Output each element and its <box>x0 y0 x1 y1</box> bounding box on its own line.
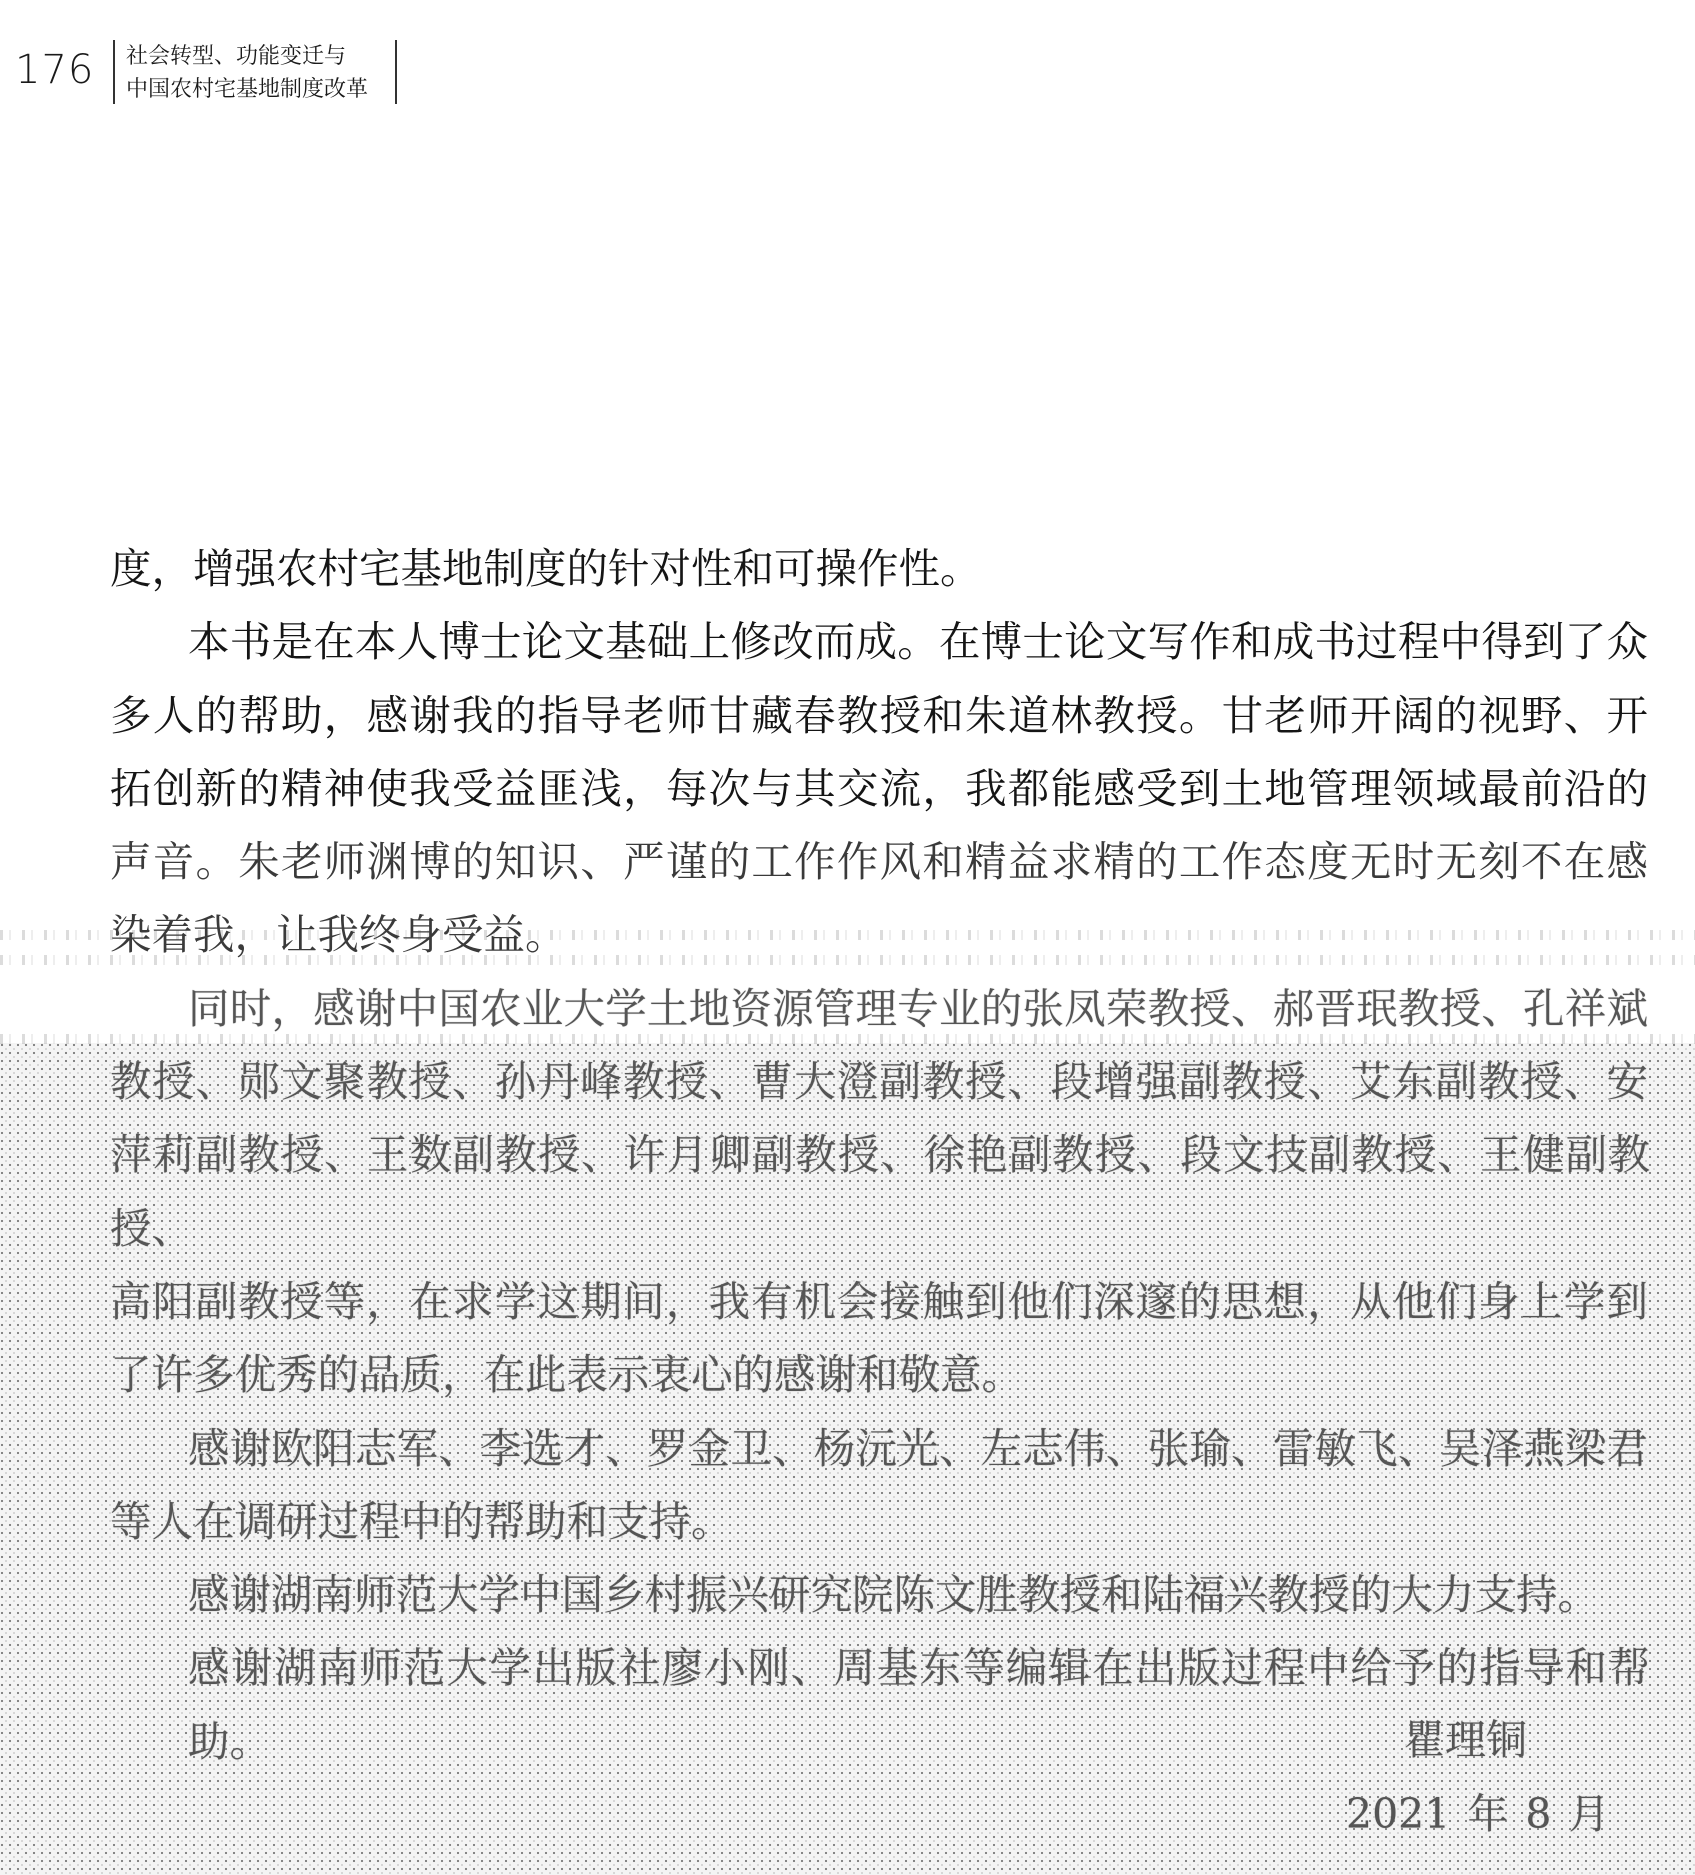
text-line: 感谢湖南师范大学中国乡村振兴研究院陈文胜教授和陆福兴教授的大力支持。 <box>110 1558 1650 1631</box>
paragraph: 同时，感谢中国农业大学土地资源管理专业的张凤荣教授、郝晋珉教授、孔祥斌 教授、郧… <box>110 972 1650 1412</box>
text-line: 染着我，让我终身受益。 <box>110 898 1650 971</box>
paragraph: 感谢欧阳志军、李选才、罗金卫、杨沅光、左志伟、张瑜、雷敏飞、吴泽燕梁君 等人在调… <box>110 1412 1650 1559</box>
page-body: 度，增强农村宅基地制度的针对性和可操作性。 本书是在本人博士论文基础上修改而成。… <box>110 532 1650 1778</box>
signature-date: 2021 年 8 月 <box>1346 1790 1610 1838</box>
text-line: 同时，感谢中国农业大学土地资源管理专业的张凤荣教授、郝晋珉教授、孔祥斌 <box>110 972 1650 1045</box>
book-title: 社会转型、功能变迁与 中国农村宅基地制度改革 <box>126 40 390 106</box>
text-line: 度，增强农村宅基地制度的针对性和可操作性。 <box>110 532 1650 605</box>
text-line: 感谢欧阳志军、李选才、罗金卫、杨沅光、左志伟、张瑜、雷敏飞、吴泽燕梁君 <box>110 1412 1650 1485</box>
text-line: 拓创新的精神使我受益匪浅，每次与其交流，我都能感受到土地管理领域最前沿的 <box>110 752 1650 825</box>
text-line: 多人的帮助，感谢我的指导老师甘藏春教授和朱道林教授。甘老师开阔的视野、开 <box>110 679 1650 752</box>
book-title-line: 中国农村宅基地制度改革 <box>126 73 390 106</box>
text-line: 声音。朱老师渊博的知识、严谨的工作作风和精益求精的工作态度无时无刻不在感 <box>110 825 1650 898</box>
page-number: 176 <box>15 48 94 92</box>
text-line: 了许多优秀的品质，在此表示衷心的感谢和敬意。 <box>110 1338 1650 1411</box>
header-divider <box>113 40 115 104</box>
text-line: 教授、郧文聚教授、孙丹峰教授、曹大澄副教授、段增强副教授、艾东副教授、安 <box>110 1045 1650 1118</box>
running-header: 176 社会转型、功能变迁与 中国农村宅基地制度改革 <box>0 0 1695 120</box>
paragraph: 度，增强农村宅基地制度的针对性和可操作性。 <box>110 532 1650 605</box>
text-line: 本书是在本人博士论文基础上修改而成。在博士论文写作和成书过程中得到了众 <box>110 605 1650 678</box>
paragraph: 感谢湖南师范大学中国乡村振兴研究院陈文胜教授和陆福兴教授的大力支持。 <box>110 1558 1650 1631</box>
text-line: 高阳副教授等，在求学这期间，我有机会接触到他们深邃的思想，从他们身上学到 <box>110 1265 1650 1338</box>
text-line: 萍莉副教授、王数副教授、许月卿副教授、徐艳副教授、段文技副教授、王健副教授、 <box>110 1118 1650 1265</box>
text-line: 等人在调研过程中的帮助和支持。 <box>110 1485 1650 1558</box>
paragraph: 本书是在本人博士论文基础上修改而成。在博士论文写作和成书过程中得到了众 多人的帮… <box>110 605 1650 971</box>
header-divider <box>395 40 397 104</box>
book-title-line: 社会转型、功能变迁与 <box>126 40 390 73</box>
author-signature: 瞿理铜 <box>1404 1716 1527 1764</box>
